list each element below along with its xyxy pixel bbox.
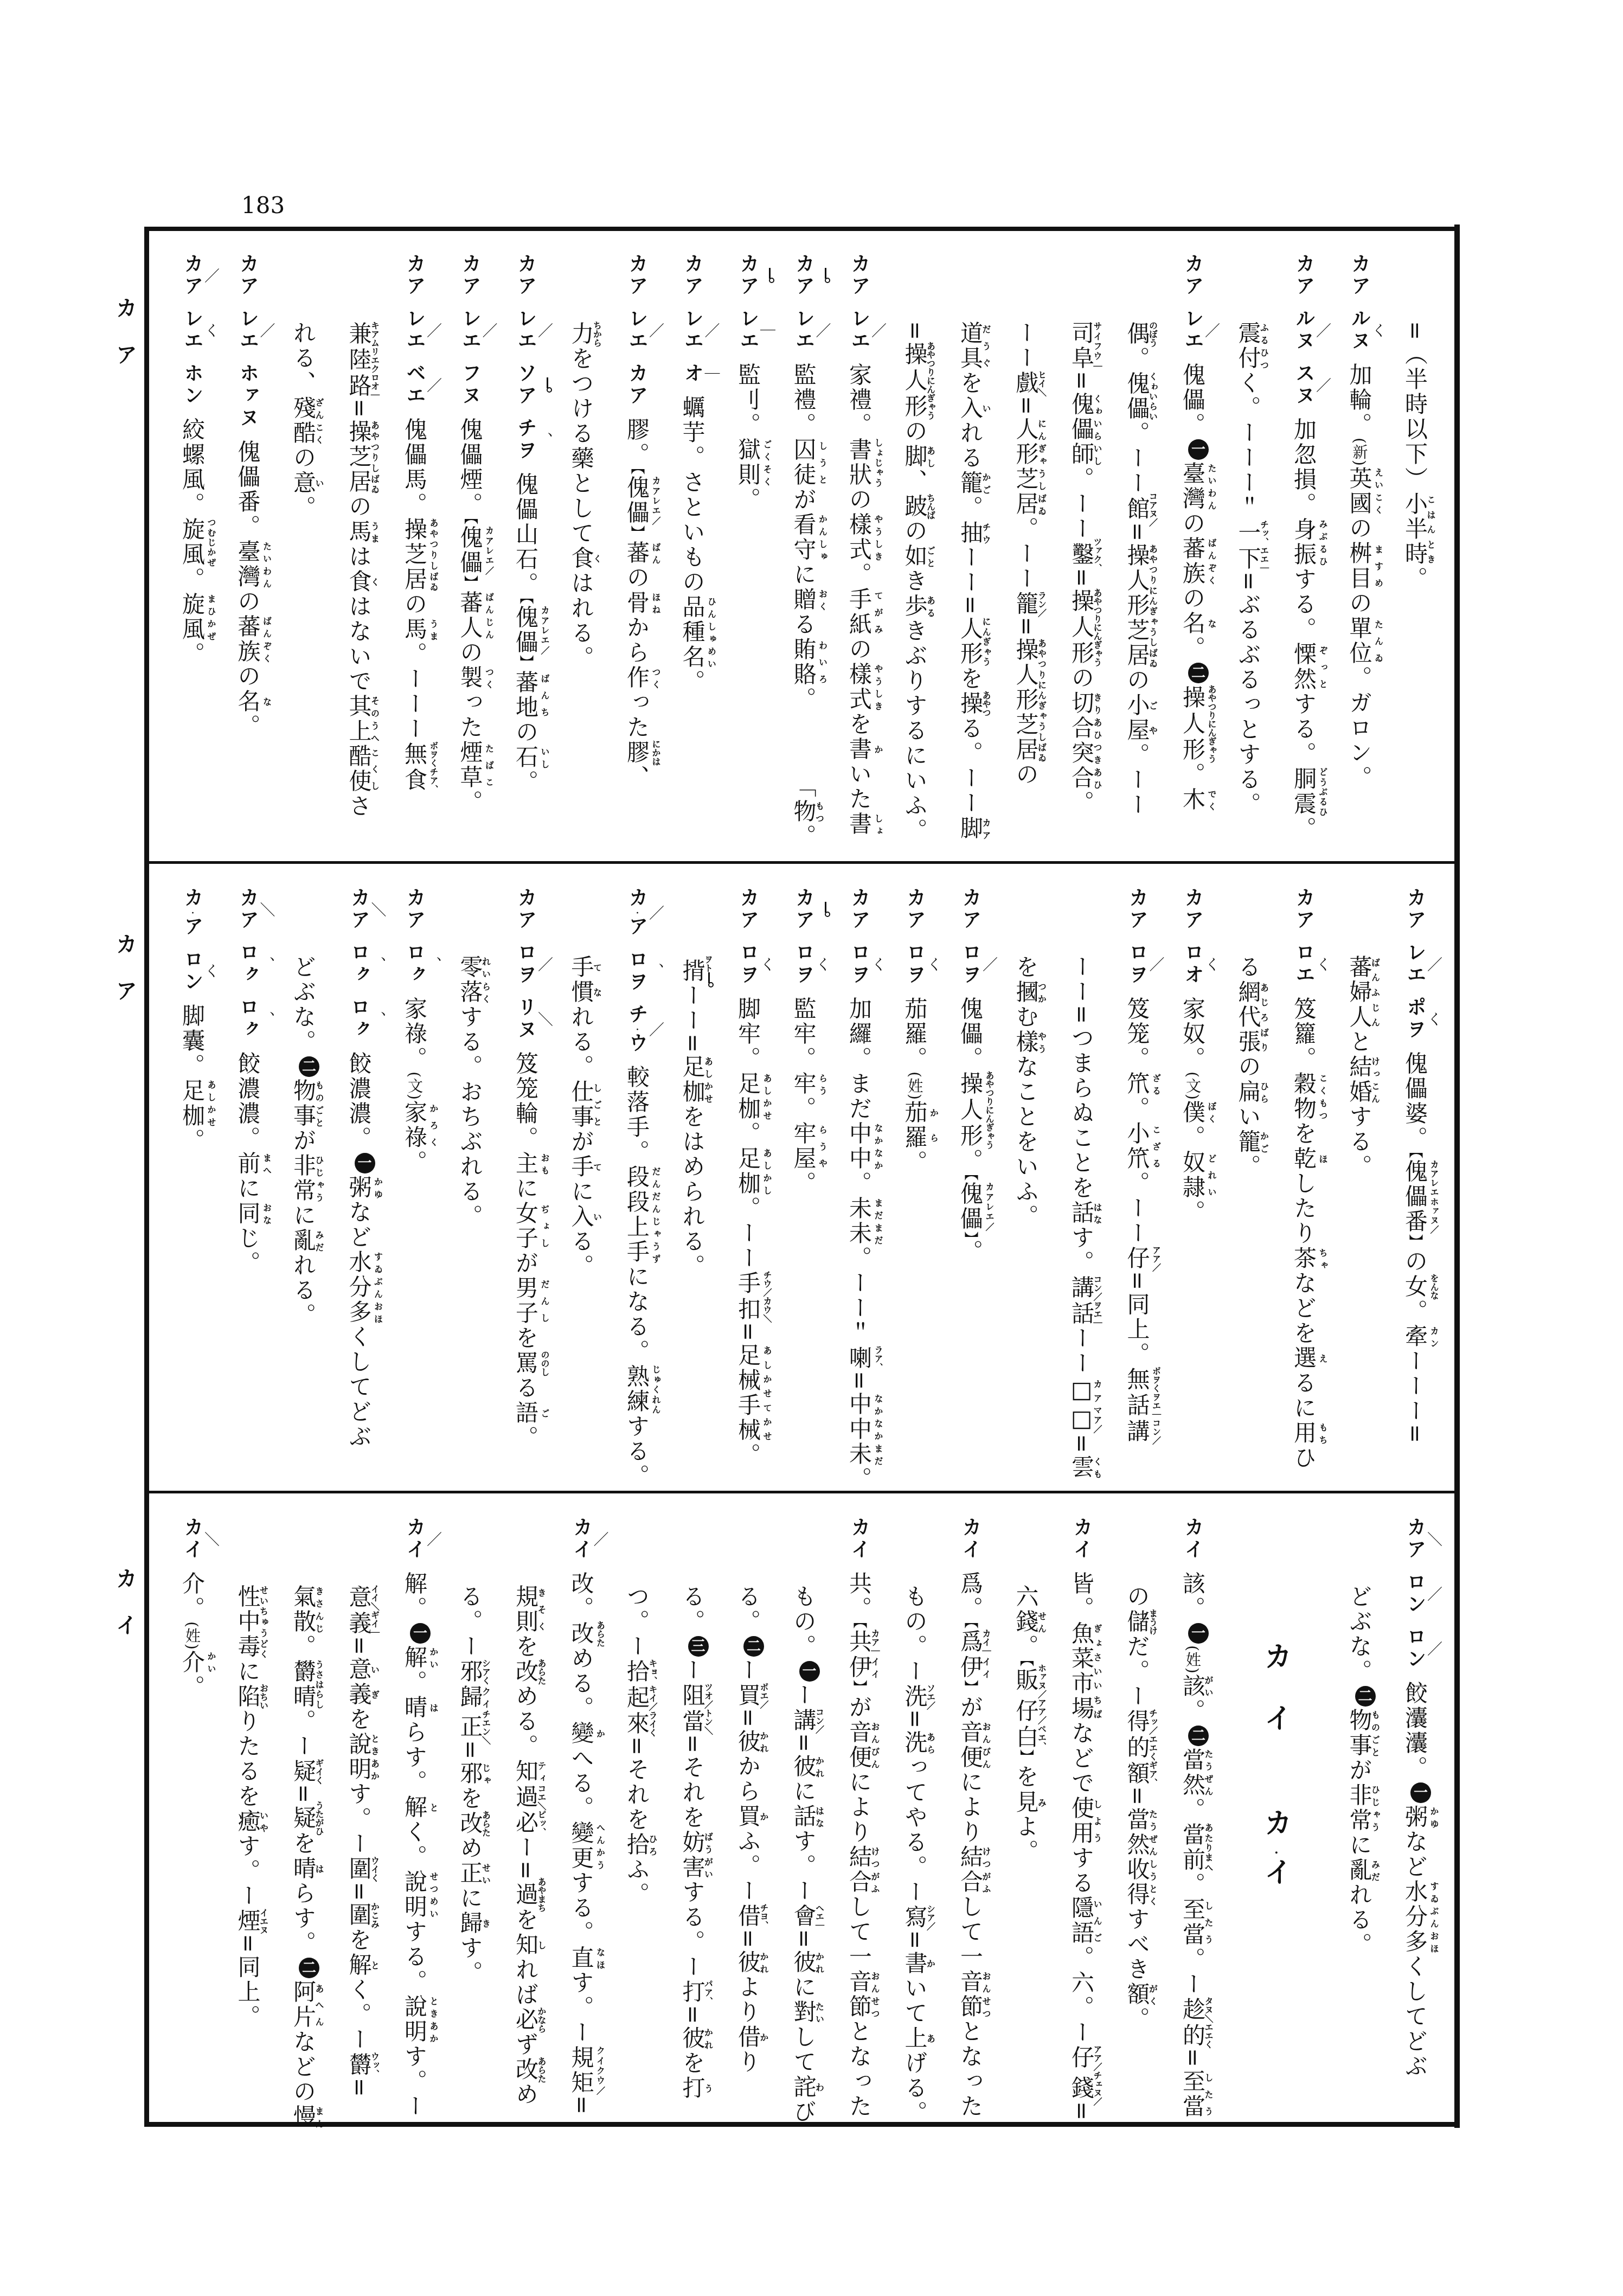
- entry-definition: 加輪。(新)英國えいこくの桝目ますめの單位たんゐ。ガロン。: [1346, 363, 1373, 791]
- headword-reading: カアレエ／カア: [626, 253, 648, 418]
- entry-definition: 改。改あらためる。變かへる。變更へんかうする。直なほす。ー規矩クイクウ／=: [568, 1572, 595, 2117]
- entry-definition: 傀儡馬。操芝居あやつりしばゐの馬うま。ーーー無ボヲく食チア、: [401, 418, 428, 793]
- entry-definition: 傀儡。一臺灣たいわんの蕃族ばんぞくの名な。二操人形あやつりにんぎゃう。木でく: [1179, 363, 1206, 812]
- headword-reading: カアレエ／ソアチヲ、: [515, 253, 537, 472]
- entry-definition: る網代張あじろばりの扁ひらい籠かご。: [1235, 955, 1262, 1179]
- reading-syllable: レエ／: [848, 308, 870, 352]
- reading-syllable: カア: [403, 253, 426, 298]
- furigana: 馬うま: [401, 617, 428, 642]
- reading-syllable: ロンく: [181, 949, 203, 993]
- furigana: 傀儡番カアレエホァヌ／: [1402, 1159, 1428, 1234]
- furigana: 籠ラン／: [1013, 592, 1040, 617]
- furigana: 製つく: [457, 665, 484, 690]
- tone-mark-icon: ／: [425, 1517, 442, 1561]
- furigana: 無ボヲく: [401, 742, 428, 767]
- furigana: 買ボエ／: [735, 1683, 761, 1708]
- entry-continuation-line: る。二ー買ボエ／=彼かれから買かふ。ー借チヨ、=彼かれより借かり: [736, 1585, 768, 2075]
- furigana: 贈おく: [791, 587, 817, 612]
- furigana: 操人形あやつりにんぎゃう: [1068, 589, 1095, 666]
- dictionary-entry: カアロヲ／リヌ＼笈笼輪。主おもに女子ぢょしが男子だんしを罵ののしる語ご。: [514, 887, 553, 1451]
- furigana: 物もつ: [791, 799, 817, 824]
- sense-number-badge: 一: [1188, 439, 1209, 460]
- furigana: 鑿ツァク、: [1068, 542, 1095, 568]
- entry-definition: 司阜サイフウ｜=傀儡師くゎいらいし。ーー鑿ツァク、=操人形あやつりにんぎゃうの切…: [1068, 321, 1095, 816]
- entry-definition: 餃濃濃。一粥かゆなど水分すゐぶん多おほくしてどぶ: [346, 1051, 373, 1450]
- furigana: 意い: [290, 471, 317, 496]
- furigana: 爲カイ｜: [957, 1630, 984, 1655]
- reading-syllable: スヌ／: [1293, 363, 1315, 407]
- furigana: 上あ: [902, 2026, 928, 2051]
- furigana: 改あらた: [512, 1659, 539, 1684]
- sense-number-badge: 一: [1410, 1782, 1431, 1803]
- tone-mark-icon: ／: [1203, 308, 1221, 352]
- furigana: 來ライく: [624, 1711, 650, 1736]
- entry-definition: 氣散きさんじ。欝晴うさはらし。ー疑ギイく=疑うたがひを晴はらす。二阿片あへんなど…: [290, 1585, 317, 2130]
- entry-continuation-line: 手慣てなれる。仕事しごとが手てに入いる。: [569, 955, 602, 1279]
- entry-definition: る。三ー阻ツオ／當トン＼=それを妨害ばうがいする。ー打パア、=彼かれを打う: [679, 1585, 706, 2101]
- furigana: 解と: [401, 1795, 428, 1820]
- headword-reading: カアロヲく: [737, 887, 759, 997]
- furigana: 小笊こざる: [1124, 1121, 1151, 1171]
- furigana: 話はな: [1068, 1201, 1095, 1226]
- furigana: 蕃族ばんぞく: [1179, 536, 1206, 586]
- furigana: 當然たうぜん: [1179, 1748, 1206, 1798]
- furigana: 骨ほね: [624, 591, 650, 615]
- dictionary-entry: カアロヲく加纙。まだ中中なかなか。未未まだまだ。ーー＂喇ラア、=中中未なかなかま…: [847, 887, 886, 1492]
- entry-continuation-line: =操人形あやつりにんぎゃうの脚あし、跛ちんばの如ごとき歩あるきぶりするにいふ。: [903, 321, 935, 843]
- reading-syllable: カア: [793, 253, 815, 298]
- furigana: 詫わ: [791, 2075, 817, 2100]
- section-heading-word: カイ: [1261, 1641, 1290, 1765]
- furigana: 非常ひじゃう: [290, 1153, 317, 1203]
- furigana: 雲くも: [1068, 1455, 1095, 1480]
- tone-mark-icon: 、: [369, 942, 387, 986]
- tone-mark-icon: ｜: [703, 363, 721, 385]
- nasal-mark-icon: [823, 902, 831, 917]
- nasal-mark-icon: [545, 377, 553, 393]
- reading-syllable: ルヌ／: [1293, 308, 1315, 352]
- dictionary-entry: カイ該。一(姓)該がい。二當然たうぜん。當前あたりまへ。至當したう。ー趁タヌ＼的…: [1181, 1517, 1213, 2119]
- entry-definition: もの。ー洗ソエ／=洗あらってやる。ー寫シア／=書かいて上あげる。: [902, 1585, 928, 2126]
- bracket: 】: [628, 525, 645, 541]
- headword-reading: カア／レエくホン: [181, 253, 203, 418]
- headword-reading: カア＼ロン／ロン／: [1404, 1517, 1426, 1681]
- furigana: 音節おんせつ: [957, 1970, 984, 2019]
- furigana: 講コン／: [791, 1708, 817, 1733]
- headword-reading: カアロヲく: [793, 887, 815, 997]
- entry-continuation-line: る網代張あじろばりの扁ひらい籠かご。: [1236, 955, 1269, 1179]
- furigana: 中中未なかなかまだ: [846, 1392, 873, 1467]
- furigana: 一チッ、: [1235, 521, 1262, 546]
- entry-definition: 監刂。獄則ごくそく。: [735, 363, 761, 512]
- furigana: 使用しよう: [1068, 1796, 1095, 1846]
- sense-number-badge: 一: [799, 1661, 820, 1682]
- furigana: □カア: [1068, 1376, 1095, 1405]
- tone-mark-icon: ＼: [202, 1517, 220, 1561]
- furigana: 結合けつがふ: [957, 1845, 984, 1895]
- entry-definition: 較落手。段段上手だんだんじゃうずになる。熟練じゅくれんする。: [624, 1065, 650, 1489]
- furigana: 彼かれ: [791, 1754, 817, 1779]
- furigana: 用もち: [1291, 1421, 1317, 1446]
- reading-syllable: レエ／: [626, 308, 648, 352]
- reading-syllable: ソア: [515, 363, 537, 407]
- furigana: 獄則ごくそく: [735, 438, 761, 488]
- furigana: 額がく: [1124, 1982, 1151, 2007]
- reading-syllable: カア: [1182, 887, 1204, 932]
- furigana: 操人形芝居あやつりにんぎゃうしばゐ: [1013, 638, 1040, 762]
- entry-continuation-tail: 「物もつ。: [792, 774, 824, 849]
- dictionary-entry: カアロオく家奴。(文)僕ぼく。奴隷どれい。: [1181, 887, 1220, 1225]
- entry-definition: 家奴。(文)僕ぼく。奴隷どれい。: [1179, 997, 1206, 1225]
- dictionary-entry: カアレエ／ポヲく傀儡婆。【傀儡番カアレエホァヌ／】の女をんな。牽カンーーー=: [1403, 887, 1442, 1445]
- furigana: 彼かれ: [735, 1950, 761, 1975]
- furigana: 人形にんぎゃう: [957, 617, 984, 666]
- dictionary-entry: カアレエ／フヌ傀儡煙。【傀儡カアレエ／】蕃人ばんじんの製つくった煙草たばこ。: [458, 253, 497, 815]
- entry-definition: 家禮。書狀しょじゃうの樣式やうしき。手紙てがみの樣式やうしきを書かいた書しょ: [846, 363, 873, 837]
- headword-reading: カアレエ／ベエ／: [403, 253, 426, 418]
- furigana: 過コエ＼: [512, 1784, 539, 1810]
- furigana: 傀儡カアレエ／: [457, 525, 484, 575]
- reading-syllable: カア: [237, 253, 259, 298]
- furigana: 偶のぼう: [1124, 321, 1151, 347]
- reading-syllable: ロヲく: [848, 942, 870, 986]
- sense-number-badge: 一: [355, 1153, 375, 1173]
- reading-syllable: ロオく: [1182, 942, 1204, 986]
- furigana: 語ご: [512, 1401, 539, 1426]
- entry-definition: 性中毒せいちゅうどくに陷おちいりたるを癒いやす。ー煙イエヌ=同上。: [235, 1585, 261, 2030]
- furigana: 講コン／: [1068, 1275, 1095, 1301]
- furigana: 改あらた: [512, 2057, 539, 2082]
- tone-mark-icon: [814, 887, 832, 932]
- furigana: 見み: [1013, 1790, 1040, 1815]
- headword-reading: カアロヲ／リヌ＼: [515, 887, 537, 1051]
- dictionary-entry: カイ／改。改あらためる。變かへる。變更へんかうする。直なほす。ー規矩クイクウ／=: [569, 1517, 608, 2117]
- furigana: 操人形あやつりにんぎゃう: [902, 342, 928, 419]
- furigana: 多おほ: [346, 1300, 373, 1325]
- furigana: 傀儡カアレエ／: [957, 1182, 984, 1232]
- reading-syllable: カア: [1349, 253, 1371, 298]
- entry-continuation-line: の儲まうけだ。ー得チッ／的エエく額ギア、=當然收得たうぜんしうとくすべき額がく。: [1125, 1585, 1158, 2032]
- furigana: 慢まん: [290, 2105, 317, 2130]
- dictionary-entry: カアレエ／ホァヌ傀儡番。臺灣たいわんの蕃族ばんぞくの名な。: [236, 253, 275, 739]
- furigana: 彼かれ: [679, 2026, 706, 2051]
- reading-syllable: カア／: [181, 253, 203, 298]
- entries-section-1: =（半時以下）小半時こはんとき。カアルヌく加輪。(新)英國えいこくの桝目ますめの…: [0, 229, 1623, 861]
- headword-reading: カイ: [848, 1517, 870, 1572]
- furigana: 手チウ／: [735, 1271, 761, 1297]
- entry-definition: 六錢せん。【販ホァヌ／仔アア／白ペエ、】を見みよ。: [1013, 1585, 1040, 1865]
- dictionary-page: 183 カア カア カイ =（半時以下）小半時こはんとき。カアルヌく加輪。(新)…: [0, 0, 1623, 2296]
- furigana: 當前あたりまへ: [1179, 1823, 1206, 1872]
- furigana: 仔アア／: [1068, 2045, 1095, 2071]
- dictionary-entry: カア＼ロㇰ、ロㇰ、餃濃濃。一粥かゆなど水分すゐぶん多おほくしてどぶ: [347, 887, 386, 1450]
- furigana: 癒いや: [235, 1809, 261, 1834]
- furigana: 如ごと: [902, 544, 928, 569]
- furigana: 仔アア／: [1124, 1246, 1151, 1271]
- reading-syllable: カイ／: [570, 1517, 593, 1561]
- bracket: 】: [517, 655, 534, 670]
- furigana: 身振みぶるひ: [1291, 517, 1317, 567]
- furigana: 英國えいこく: [1346, 466, 1373, 516]
- tone-mark-icon: く: [1370, 308, 1388, 352]
- reading-syllable: ルヌく: [1349, 308, 1371, 352]
- reading-syllable: カイ／: [403, 1517, 426, 1561]
- tone-mark-icon: ／: [258, 308, 276, 352]
- furigana: 粥かゆ: [1402, 1805, 1428, 1830]
- furigana: 音節おんせつ: [846, 1970, 873, 2019]
- entry-continuation-line: もの。ー洗ソエ／=洗あらってやる。ー寫シア／=書かいて上あげる。: [903, 1585, 935, 2126]
- reading-syllable: カア: [848, 253, 870, 298]
- furigana: 拾キョ、: [624, 1659, 650, 1685]
- furigana: 邪じゃ: [457, 1761, 484, 1786]
- furigana: 至當したう: [1179, 1897, 1206, 1947]
- dictionary-entry: カ・ア／ロヲ、チ・ウ／較落手。段段上手だんだんじゃうずになる。熟練じゅくれんする…: [625, 887, 664, 1489]
- tone-mark-icon: く: [814, 942, 832, 986]
- furigana: 說明ときあか: [346, 1732, 373, 1782]
- furigana: 前まへ: [235, 1151, 261, 1176]
- entry-definition: 手慣てなれる。仕事しごとが手てに入いる。: [568, 955, 595, 1279]
- headword-reading: カイ: [959, 1517, 982, 1572]
- furigana: 當トン＼: [679, 1709, 706, 1734]
- headword-reading: カアレエ／ホァヌ: [237, 253, 259, 440]
- furigana: 奴隷どれい: [1179, 1150, 1206, 1200]
- usage-label: (姓): [906, 1072, 924, 1100]
- furigana: 規矩クイクウ／: [568, 2045, 595, 2095]
- entry-definition: 脚牢。足枷あしかせ。足枷あしかし。ーー手チウ／扣カウ＼=足械手械あしかせてかせ。: [735, 997, 761, 1468]
- furigana: 販ホァヌ／: [1013, 1668, 1040, 1698]
- dictionary-entry: カアルヌ／スヌ／加忽損。身振みぶるひする。慄然ぞっとする。胴震どうぶるひ。: [1292, 253, 1331, 842]
- furigana: 必ピッ、: [512, 1810, 539, 1836]
- furigana: 知ティ: [512, 1759, 539, 1784]
- entry-definition: 傀儡山石。【傀儡カアレエ／】蕃地ばんちの石いし。: [512, 472, 539, 795]
- furigana: 妨害ばうがい: [679, 1830, 706, 1880]
- furigana: 氣散きさんじ: [290, 1585, 317, 1634]
- entry-definition: 茄羅。(姓)茄羅から。: [902, 997, 928, 1175]
- tone-mark-icon: ／: [1425, 1626, 1443, 1671]
- furigana: 蕃族ばんぞく: [235, 614, 261, 664]
- furigana: 蕃地ばんち: [512, 670, 539, 720]
- headword-reading: カイ: [1182, 1517, 1204, 1572]
- entry-definition: 監禮。囚徒しうとが看守かんしゅに贈おくる賄賂わいろ。: [791, 363, 817, 712]
- dictionary-entry: カアルヌく加輪。(新)英國えいこくの桝目ますめの單位たんゐ。ガロン。: [1348, 253, 1387, 791]
- reading-syllable: カア: [626, 253, 648, 298]
- entry-continuation-line: 氣散きさんじ。欝晴うさはらし。ー疑ギイく=疑うたがひを晴はらす。二阿片あへんなど…: [291, 1585, 324, 2130]
- dictionary-entry: カイ／解。一解かい。晴はらす。解とく。說明せつめいする。說明ときあかす。ー: [402, 1517, 441, 2119]
- furigana: 主おも: [512, 1151, 539, 1176]
- entry-definition: を摑つかむ樣やうなことをいふ。: [1013, 955, 1040, 1229]
- furigana: 小半時こはんとき: [1402, 492, 1428, 567]
- furigana: 殘酷ざんこく: [290, 396, 317, 446]
- tone-mark-icon: ＼: [1425, 1517, 1443, 1561]
- furigana: 木でく: [1179, 787, 1206, 812]
- entry-definition: 解。一解かい。晴はらす。解とく。說明せつめいする。說明ときあかす。ー: [401, 1572, 428, 2119]
- dictionary-entry: カアレエ／カア膠。【傀儡カアレエ／】蕃ばんの骨ほねから作つくった膠にかは、: [625, 253, 664, 790]
- furigana: 邪シアく: [457, 1659, 484, 1685]
- entry-definition: 共。【共カア｜伊イイ】が音便おんびんにより結合けつがふして一音節おんせつとなった: [846, 1572, 873, 2119]
- furigana: 說明ときあか: [401, 1994, 428, 2044]
- furigana: 操芝居あやつりしばゐ: [346, 420, 373, 495]
- reading-syllable: カア: [403, 887, 426, 932]
- furigana: 乾ほ: [1291, 1146, 1317, 1171]
- furigana: 書しょ: [846, 812, 873, 837]
- tone-mark-icon: ＼: [369, 887, 387, 932]
- furigana: 網代張あじろばり: [1235, 980, 1262, 1055]
- bracket: 【: [851, 1621, 867, 1630]
- reading-syllable: ロㇰ、: [237, 942, 259, 986]
- headword-reading: カア＼ロㇰ、ロㇰ、: [237, 887, 259, 1051]
- reading-syllable: カア: [682, 253, 704, 298]
- furigana: 解と: [346, 1953, 373, 1978]
- entry-definition: 監牢。牢らう。牢屋らうや。: [791, 997, 817, 1196]
- headword-reading: カアレエ／オ｜: [682, 253, 704, 395]
- tone-mark-icon: ＼: [258, 887, 276, 932]
- reading-syllable: レエく: [181, 308, 203, 352]
- furigana: 作つく: [624, 665, 650, 690]
- furigana: 的エエく: [1179, 2023, 1206, 2048]
- tone-mark-icon: 、: [258, 942, 276, 986]
- furigana: 拾ひろ: [624, 1832, 650, 1857]
- furigana: 蕃婦人ばんふじん: [1346, 955, 1373, 1030]
- reading-syllable: カア: [737, 887, 759, 932]
- entry-continuation-line: どぶな。二物事ものごとが非常ひじゃうに亂みだれる。: [291, 955, 324, 1328]
- furigana: 小屋ごや: [1124, 693, 1151, 743]
- furigana: 足械手械あしかせてかせ: [735, 1343, 761, 1443]
- furigana: 仕事しごと: [568, 1080, 595, 1130]
- furigana: 額ギア、: [1124, 1761, 1151, 1786]
- furigana: 操人形あやつりにんぎゃう: [957, 1072, 984, 1149]
- reading-syllable: ロン／: [1404, 1572, 1426, 1616]
- furigana: 戲ヒイ＼: [1013, 371, 1040, 396]
- furigana: 共カア｜: [846, 1630, 873, 1655]
- reading-syllable: ロヲ／: [1126, 942, 1149, 986]
- furigana: 仔アア／: [1013, 1698, 1040, 1724]
- furigana: 借か: [735, 2025, 761, 2050]
- nasal-mark-icon: [823, 268, 831, 283]
- headword-reading: カイ／: [570, 1517, 593, 1572]
- section-heading-word: カ・イ: [1261, 1808, 1290, 1897]
- headword-reading: カアレエ／ポヲく: [1404, 887, 1426, 1051]
- furigana: 必かなら: [512, 2008, 539, 2032]
- furigana: 道具だうぐ: [957, 321, 984, 371]
- furigana: 義ギイ｜: [346, 1611, 373, 1636]
- entry-definition: 規則きそくを改あらためる。知ティ過コエ＼必ピッ、ー=過あやまちを知しれば必かなら…: [512, 1585, 539, 2107]
- tone-mark-icon: ／: [1147, 942, 1165, 986]
- reading-syllable: レエ／: [682, 308, 704, 352]
- furigana: 晴は: [401, 1695, 428, 1720]
- entry-definition: 兼陸路キアムリエクロオ｜=操芝居あやつりしばゐの馬うまは食くはないで其上そのうへ…: [346, 321, 373, 819]
- headword-reading: カイ: [1070, 1517, 1093, 1572]
- reading-syllable: カア: [515, 887, 537, 932]
- furigana: 女をんな: [1402, 1274, 1428, 1299]
- furigana: 改あらた: [457, 1811, 484, 1836]
- bracket: 【: [462, 517, 478, 525]
- furigana: 話ヲエ｜: [1124, 1393, 1151, 1419]
- furigana: 煙草たばこ: [457, 740, 484, 790]
- tone-mark-icon: く: [869, 942, 887, 986]
- furigana: 手慣てな: [568, 955, 595, 1005]
- furigana: 蕃ばん: [624, 541, 650, 566]
- tone-mark-icon: ｜: [758, 308, 776, 352]
- tone-mark-icon: ／: [647, 308, 665, 352]
- entry-definition: 笈籮。穀物こくもつを乾ほしたり茶ちゃなどを選えるに用もちひ: [1291, 997, 1317, 1471]
- furigana: 脚カア: [957, 816, 984, 841]
- bracket: 】: [462, 575, 478, 591]
- furigana: 欝ウッ、: [346, 2053, 373, 2077]
- tone-mark-icon: ／: [480, 308, 498, 352]
- entry-definition: =操人形あやつりにんぎゃうの脚あし、跛ちんばの如ごとき歩あるきぶりするにいふ。: [902, 321, 928, 843]
- entry-definition: どぶな。二物事ものごとが非常ひじゃうに亂みだれる。: [290, 955, 317, 1328]
- tone-mark-icon: く: [758, 942, 776, 986]
- furigana: 無ボヲく: [1124, 1367, 1151, 1393]
- reading-syllable: カア: [1293, 887, 1315, 932]
- furigana: 音便おんびん: [846, 1720, 873, 1770]
- furigana: 揹ヲト: [679, 955, 706, 984]
- entry-definition: 零落れいらくする。おちぶれる。: [457, 955, 484, 1229]
- entry-definition: 該。一(姓)該がい。二當然たうぜん。當前あたりまへ。至當したう。ー趁タヌ＼的エエ…: [1179, 1572, 1206, 2119]
- furigana: 阻ツオ／: [679, 1683, 706, 1709]
- reading-syllable: ロヲ／: [959, 942, 982, 986]
- furigana: 跛ちんば: [902, 494, 928, 519]
- furigana: 扣カウ＼: [735, 1297, 761, 1322]
- furigana: 圍ウイく: [346, 1857, 373, 1882]
- entry-definition: 道具だうぐを入いれる籠かご。抽チウーー=人形にんぎゃうを操あやつる。ーー脚カア: [957, 321, 984, 841]
- reading-syllable: レエ／: [237, 308, 259, 352]
- furigana: 多おほ: [1402, 1929, 1428, 1954]
- furigana: 直なほ: [568, 1946, 595, 1971]
- tone-mark-icon: く: [925, 942, 943, 986]
- reading-syllable: レエ／: [1404, 942, 1426, 986]
- furigana: 知し: [512, 1933, 539, 1958]
- reading-syllable: ロㇰ、: [403, 942, 426, 986]
- furigana: 館コアヌ／: [1124, 496, 1151, 522]
- furigana: 旋風つむじかぜ: [179, 517, 206, 567]
- furigana: 規則きそく: [512, 1585, 539, 1634]
- headword-reading: カアレエ／: [793, 253, 815, 363]
- furigana: 單位たんゐ: [1346, 616, 1373, 666]
- furigana: 歸クイ: [457, 1685, 484, 1710]
- tone-mark-icon: 、: [536, 418, 554, 462]
- bracket: 【: [1407, 1151, 1423, 1159]
- furigana: 傀儡くゎいらい: [1124, 371, 1151, 421]
- furigana: 其上そのうへ: [346, 694, 373, 744]
- furigana: 趁タヌ＼: [1179, 1997, 1206, 2023]
- furigana: 伊イイ: [957, 1655, 984, 1680]
- usage-label: (姓): [183, 1621, 201, 1650]
- entry-definition: 餃濃濃。前まへに同おなじ。: [235, 1051, 261, 1276]
- furigana: 喇ラア、: [846, 1346, 873, 1371]
- nasal-mark-icon: [767, 268, 775, 283]
- entry-continuation-line: 兼陸路キアムリエクロオ｜=操芝居あやつりしばゐの馬うまは食くはないで其上そのうへ…: [347, 321, 380, 819]
- glottal-dot: ・: [1270, 1848, 1281, 1857]
- entry-definition: 偶のぼう。傀儡くゎいらい。ーー館コアヌ／=操人形芝居あやつりにんぎゃうしばゐの小…: [1124, 321, 1151, 818]
- reading-syllable: カア＼: [348, 887, 370, 932]
- headword-reading: カアレエ／: [848, 253, 870, 363]
- bracket: 】: [962, 1680, 978, 1695]
- furigana: 足枷あしかせ: [179, 1079, 206, 1128]
- furigana: 未未まだまだ: [846, 1196, 873, 1246]
- furigana: 牽カン: [1402, 1324, 1428, 1349]
- tone-mark-icon: ／: [814, 308, 832, 352]
- reading-syllable: カア: [904, 887, 926, 932]
- furigana: 阿片あへん: [290, 1980, 317, 2030]
- tone-mark-icon: く: [202, 308, 220, 352]
- reading-syllable: ロヲく: [904, 942, 926, 986]
- furigana: 該がい: [1179, 1674, 1206, 1699]
- reading-syllable: カ・ア／: [626, 887, 648, 939]
- furigana: 賄賂わいろ: [791, 637, 817, 687]
- furigana: 段段上手だんだんじゃうず: [624, 1165, 650, 1265]
- entry-continuation-line: れる、殘酷ざんこくの意い。: [291, 321, 324, 521]
